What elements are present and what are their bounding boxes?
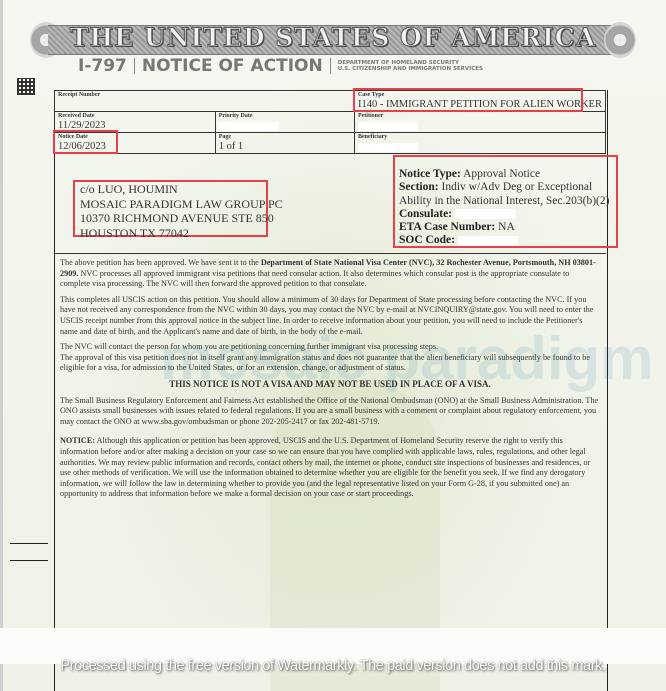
redacted-block: [458, 236, 518, 246]
petitioner-label: Petitioner: [358, 112, 602, 120]
divider: [330, 58, 331, 74]
consulate-label: Consulate:: [399, 208, 452, 220]
address-line-2: MOSAIC PARADIGM LAW GROUP PC: [80, 197, 266, 212]
petitioner-cell: Petitioner: [354, 112, 605, 133]
page-cell: Page 1 of 1: [215, 133, 354, 154]
received-date-label: Received Date: [58, 112, 212, 120]
received-date-cell: Received Date 11/29/2023: [55, 112, 216, 133]
page-value: 1 of 1: [219, 141, 351, 152]
section-value: Indiv w/Adv Deg or Exceptional: [441, 181, 592, 193]
text: The above petition has been approved. We…: [60, 258, 261, 267]
redacted-block: [455, 209, 515, 219]
header-banner: THE UNITED STATES OF AMERICA: [30, 22, 636, 58]
notice-date-cell: Notice Date 12/06/2023: [55, 133, 216, 154]
form-title: NOTICE OF ACTION: [142, 56, 323, 76]
page-label: Page: [219, 133, 351, 141]
section-divider: [54, 253, 606, 254]
paragraph-contact: This completes all USCIS action on this …: [60, 295, 600, 337]
barcode-icon: [17, 78, 35, 95]
eta-case-number-label: ETA Case Number:: [399, 221, 495, 233]
scan-edge: [0, 0, 3, 691]
agency-name: DEPARTMENT OF HOMELAND SECURITY U.S. CIT…: [338, 60, 483, 73]
case-type-highlight: [355, 90, 581, 110]
text: NVC processes all approved immigrant vis…: [60, 269, 569, 289]
notice-type-value: Approval Notice: [463, 168, 540, 180]
fold-mark: [10, 560, 48, 561]
received-date-value: 11/29/2023: [58, 120, 212, 131]
beneficiary-cell: Beneficiary: [354, 133, 605, 154]
redacted-block: [219, 122, 279, 131]
form-number: I-797: [78, 56, 127, 76]
fold-mark: [10, 543, 48, 544]
form-heading: I-797 NOTICE OF ACTION DEPARTMENT OF HOM…: [78, 55, 483, 77]
divider: [134, 58, 135, 74]
agency-line-1: DEPARTMENT OF HOMELAND SECURITY: [338, 60, 459, 66]
notice-details: Notice Type: Approval Notice Section: In…: [393, 155, 618, 248]
paragraph-ombudsman: The Small Business Regulatory Enforcemen…: [60, 396, 600, 428]
notice-body: The above petition has been approved. We…: [60, 258, 600, 505]
beneficiary-label: Beneficiary: [358, 133, 602, 141]
watermarkly-notice: Processed using the free version of Wate…: [0, 658, 666, 674]
receipt-number-cell: Receipt Number: [55, 91, 355, 112]
notice-label: NOTICE:: [60, 436, 95, 445]
text: The approval of this visa petition does …: [60, 353, 590, 373]
notice-date-highlight: [55, 132, 116, 152]
case-type-cell: Case Type I140 - IMMIGRANT PETITION FOR …: [354, 91, 605, 112]
section-label: Section:: [399, 181, 439, 193]
section-value-continued: Ability in the National Interest, Sec.20…: [399, 195, 616, 208]
fold-marks: [10, 543, 48, 577]
address-line-4: HOUSTON TX 77042: [80, 226, 266, 241]
text: The NVC will contact the person for whom…: [60, 342, 438, 351]
redacted-block: [358, 143, 418, 152]
case-info-table: Receipt Number Case Type I140 - IMMIGRAN…: [54, 90, 606, 154]
address-line-3: 10370 RICHMOND AVENUE STE 850: [80, 211, 266, 226]
redacted-block: [358, 122, 418, 131]
paragraph-approval: The NVC will contact the person for whom…: [60, 342, 600, 374]
soc-code-label: SOC Code:: [399, 234, 455, 246]
paragraph-verification: NOTICE: Although this application or pet…: [60, 436, 600, 500]
address-line-1: c/o LUO, HOUMIN: [80, 182, 266, 197]
mailing-address: c/o LUO, HOUMIN MOSAIC PARADIGM LAW GROU…: [73, 180, 268, 237]
banner-title: THE UNITED STATES OF AMERICA: [30, 23, 636, 52]
agency-line-2: U.S. CITIZENSHIP AND IMMIGRATION SERVICE…: [338, 66, 483, 72]
priority-date-cell: Priority Date: [215, 112, 354, 133]
rosette-ornament-icon: [604, 22, 636, 58]
not-a-visa-notice: THIS NOTICE IS NOT A VISA AND MAY NOT BE…: [60, 379, 600, 390]
text: Although this application or petition ha…: [60, 436, 590, 498]
eta-case-number-value: NA: [498, 221, 515, 233]
receipt-number-label: Receipt Number: [58, 91, 351, 99]
paragraph-nvc: The above petition has been approved. We…: [60, 258, 600, 290]
notice-type-label: Notice Type:: [399, 168, 461, 180]
priority-date-label: Priority Date: [219, 112, 351, 120]
